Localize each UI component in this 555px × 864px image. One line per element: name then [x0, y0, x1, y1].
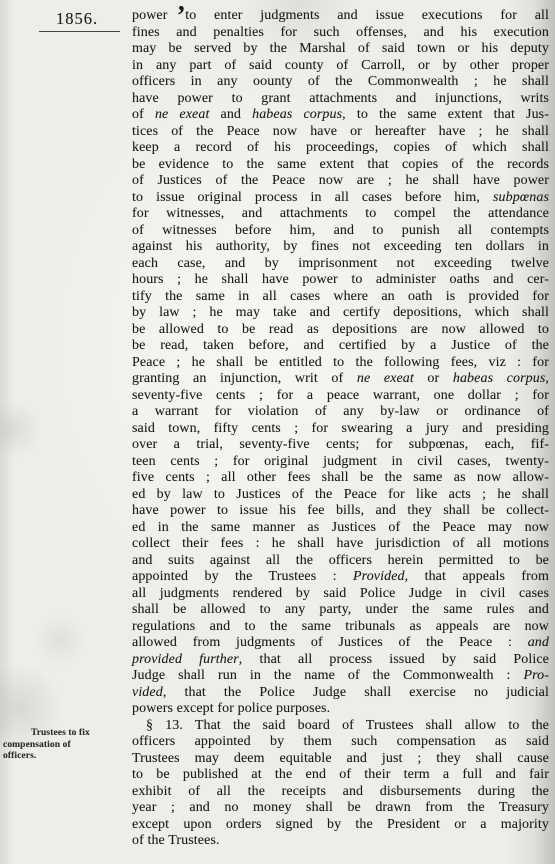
text-line: be evidence to the same extent that copi… [132, 157, 549, 174]
text-line: vided, that the Police Judge shall exerc… [132, 685, 549, 702]
text-line: ed in the same manner as Justices of the… [132, 520, 549, 537]
text-line: said town, fifty cents ; for swearing a … [132, 421, 549, 438]
text-line: to issue original process in all cases b… [132, 190, 549, 207]
text-line: seventy-five cents ; for a peace warrant… [132, 388, 549, 405]
text-line: officers in any oounty of the Commonweal… [132, 74, 549, 91]
text-line: teen cents ; for original judgment in ci… [132, 454, 549, 471]
text-line: be allowed to be read as depositions are… [132, 322, 549, 339]
text-line: Judge shall run in the name of the Commo… [132, 668, 549, 685]
body-text: power to enter judgments and issue execu… [132, 8, 549, 850]
text-line: Trustees may deem equitable and just ; t… [132, 751, 549, 768]
text-line: may be served by the Marshal of said tow… [132, 41, 549, 58]
scanned-statute-page: , 1856. Trustees to fix compensation of … [0, 0, 555, 864]
text-line: a warrant for violation of any by-law or… [132, 404, 549, 421]
text-line: keep a record of his proceedings, copies… [132, 140, 549, 157]
text-line: of ne exeat and habeas corpus, to the sa… [132, 107, 549, 124]
text-line: year ; and no money shall be drawn from … [132, 800, 549, 817]
text-line: regulations and to the same tribunals as… [132, 619, 549, 636]
text-line: for witnesses, and attachments to compel… [132, 206, 549, 223]
text-line: be read, taken before, and certified by … [132, 338, 549, 355]
text-line: power to enter judgments and issue execu… [132, 8, 549, 25]
text-line: except upon orders signed by the Preside… [132, 817, 549, 834]
text-line: over a trial, seventy-five cents; for su… [132, 437, 549, 454]
text-line: to be published at the end of their term… [132, 767, 549, 784]
text-line: hours ; he shall have power to administe… [132, 272, 549, 289]
text-line: and suits against all the officers herei… [132, 553, 549, 570]
text-line: tices of the Peace now have or hereafter… [132, 124, 549, 141]
text-line: of the Trustees. [132, 833, 549, 850]
margin-note-line: compensation of [3, 740, 129, 752]
text-line: ed by law to Justices of the Peace for l… [132, 487, 549, 504]
text-line: Peace ; he shall be entitled to the foll… [132, 355, 549, 372]
text-line: by law ; he may take and certify deposit… [132, 305, 549, 322]
text-line: fines and penalties for such offenses, a… [132, 25, 549, 42]
margin-note-line: Trustees to fix [3, 728, 129, 740]
text-line: each case, and by imprisonment not excee… [132, 256, 549, 273]
text-line: have power to grant attachments and inju… [132, 91, 549, 108]
text-line: five cents ; all other fees shall be the… [132, 470, 549, 487]
year-underline-rule [39, 31, 120, 32]
text-line: § 13. That the said board of Trustees sh… [132, 718, 549, 735]
text-line: of Justices of the Peace now are ; he sh… [132, 173, 549, 190]
year-label: 1856. [56, 9, 98, 29]
text-line: all judgments rendered by said Police Ju… [132, 586, 549, 603]
text-line: allowed from judgments of Justices of th… [132, 635, 549, 652]
text-line: in any part of said county of Carroll, o… [132, 58, 549, 75]
text-line: provided further, that all process issue… [132, 652, 549, 669]
text-line: granting an injunction, writ of ne exeat… [132, 371, 549, 388]
margin-note: Trustees to fix compensation of officers… [3, 728, 129, 763]
text-line: powers except for police purposes. [132, 701, 549, 718]
text-line: of witnesses before him, and to punish a… [132, 223, 549, 240]
text-line: have power to issue his fee bills, and t… [132, 503, 549, 520]
text-line: officers appointed by them such compensa… [132, 734, 549, 751]
text-line: appointed by the Trustees : Provided, th… [132, 569, 549, 586]
text-line: exhibit of all the receipts and disburse… [132, 784, 549, 801]
text-line: against his authority, by fines not exce… [132, 239, 549, 256]
text-line: shall be allowed to any party, under the… [132, 602, 549, 619]
margin-note-line: officers. [3, 751, 129, 763]
text-line: collect their fees : he shall have juris… [132, 536, 549, 553]
text-line: tify the same in all cases where an oath… [132, 289, 549, 306]
